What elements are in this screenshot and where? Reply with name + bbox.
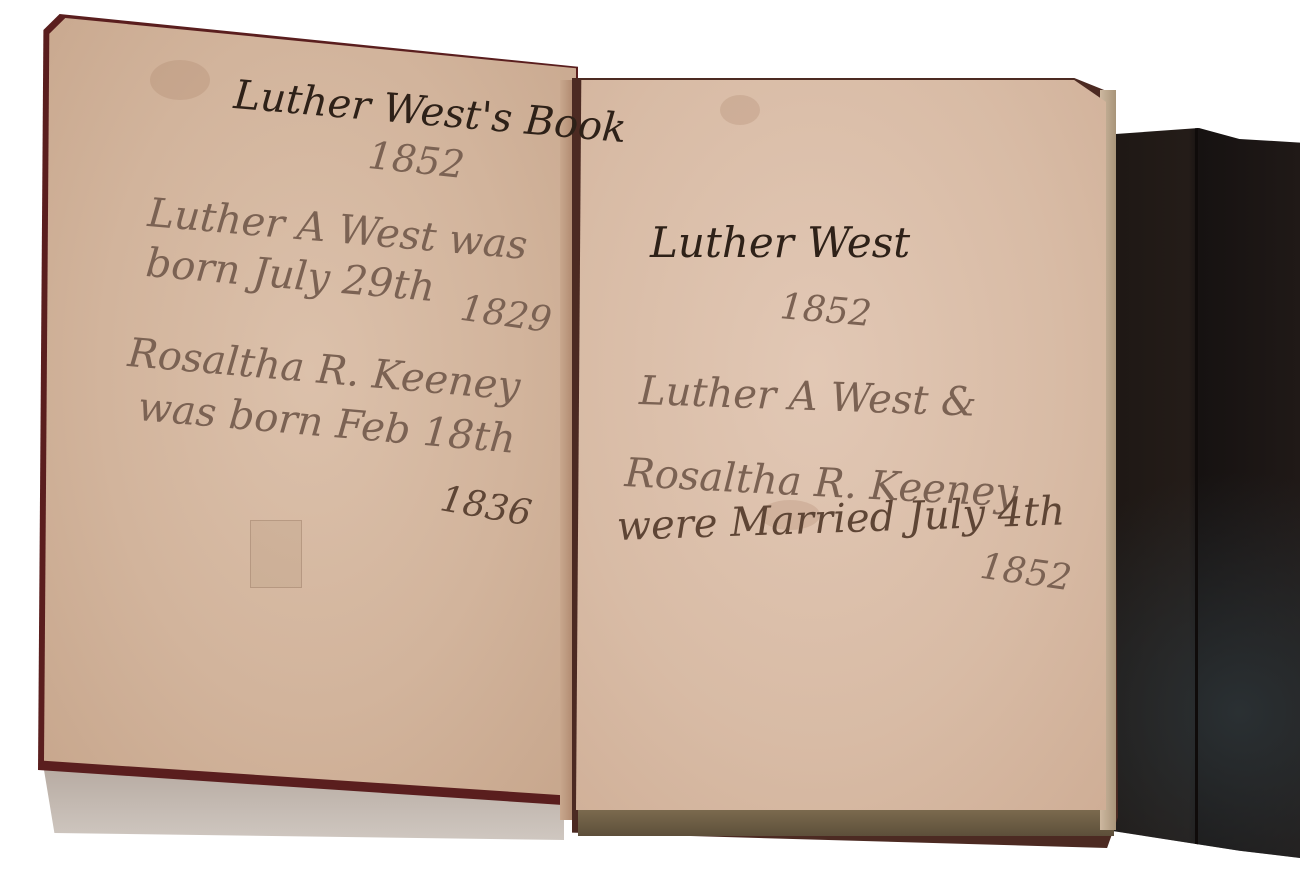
- paper-stain: [720, 95, 760, 125]
- right-page: [576, 80, 1106, 810]
- page-edges-bottom: [578, 810, 1114, 836]
- paper-stain: [150, 60, 210, 100]
- pressed-bookmark-imprint: [250, 520, 302, 588]
- right-page-title: Luther West: [650, 218, 910, 267]
- back-cover-leather: [1098, 128, 1300, 858]
- book-photograph: Luther West's Book 1852 Luther A West wa…: [0, 0, 1300, 884]
- right-page-year: 1852: [778, 286, 873, 335]
